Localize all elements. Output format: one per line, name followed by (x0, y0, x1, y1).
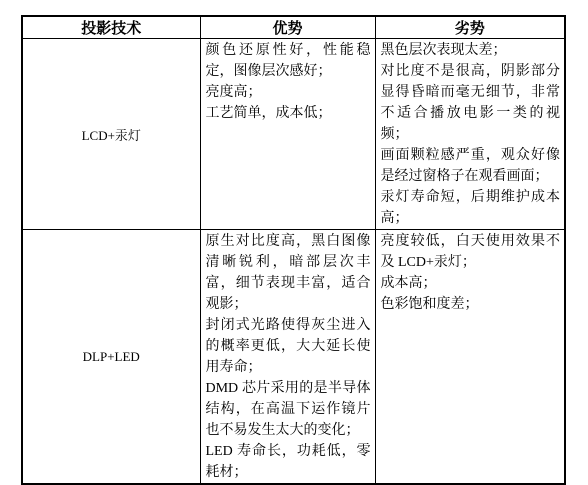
disadvantage-item: 成本高； (381, 273, 561, 294)
advantage-item: 颜色还原性好，性能稳定，图像层次感好； (206, 40, 371, 82)
advantage-item: DMD 芯片采用的是半导体结构，在高温下运作镜片也不易发生太大的变化； (206, 378, 371, 441)
advantage-item: 工艺简单，成本低； (206, 103, 371, 124)
table-row-lcd: LCD+汞灯 颜色还原性好，性能稳定，图像层次感好； 亮度高； 工艺简单，成本低… (22, 39, 565, 230)
advantages-cell-dlp: 原生对比度高，黑白图像清晰锐利，暗部层次丰富，细节表现丰富，适合观影； 封闭式光… (200, 230, 375, 485)
tech-name-dlp: DLP+LED (22, 230, 200, 485)
page: 投影技术 优势 劣势 LCD+汞灯 颜色还原性好，性能稳定，图像层次感好； 亮度… (0, 0, 588, 472)
header-cell-disadvantages: 劣势 (375, 16, 565, 39)
disadvantage-item: 色彩饱和度差； (381, 294, 561, 315)
advantage-item: 亮度高； (206, 82, 371, 103)
disadvantage-item: 亮度较低，白天使用效果不及 LCD+汞灯； (381, 231, 561, 273)
projection-comparison-table: 投影技术 优势 劣势 LCD+汞灯 颜色还原性好，性能稳定，图像层次感好； 亮度… (21, 15, 566, 485)
disadvantage-item: 汞灯寿命短，后期维护成本高； (381, 187, 561, 229)
advantages-cell-lcd: 颜色还原性好，性能稳定，图像层次感好； 亮度高； 工艺简单，成本低； (200, 39, 375, 230)
header-cell-tech: 投影技术 (22, 16, 200, 39)
table-row-dlp: DLP+LED 原生对比度高，黑白图像清晰锐利，暗部层次丰富，细节表现丰富，适合… (22, 230, 565, 485)
disadvantage-item: 对比度不是很高，阴影部分显得昏暗而毫无细节，非常不适合播放电影一类的视频； (381, 61, 561, 145)
advantage-item: 原生对比度高，黑白图像清晰锐利，暗部层次丰富，细节表现丰富，适合观影； (206, 231, 371, 315)
disadvantage-item: 画面颗粒感严重，观众好像是经过窗格子在观看画面； (381, 145, 561, 187)
disadvantages-cell-lcd: 黑色层次表现太差； 对比度不是很高，阴影部分显得昏暗而毫无细节，非常不适合播放电… (375, 39, 565, 230)
tech-name-lcd: LCD+汞灯 (22, 39, 200, 230)
header-row: 投影技术 优势 劣势 (22, 16, 565, 39)
disadvantages-cell-dlp: 亮度较低，白天使用效果不及 LCD+汞灯； 成本高； 色彩饱和度差； (375, 230, 565, 485)
advantage-item: 封闭式光路使得灰尘进入的概率更低，大大延长使用寿命； (206, 315, 371, 378)
advantage-item: LED 寿命长，功耗低，零耗材； (206, 441, 371, 483)
disadvantage-item: 黑色层次表现太差； (381, 40, 561, 61)
header-cell-advantages: 优势 (200, 16, 375, 39)
